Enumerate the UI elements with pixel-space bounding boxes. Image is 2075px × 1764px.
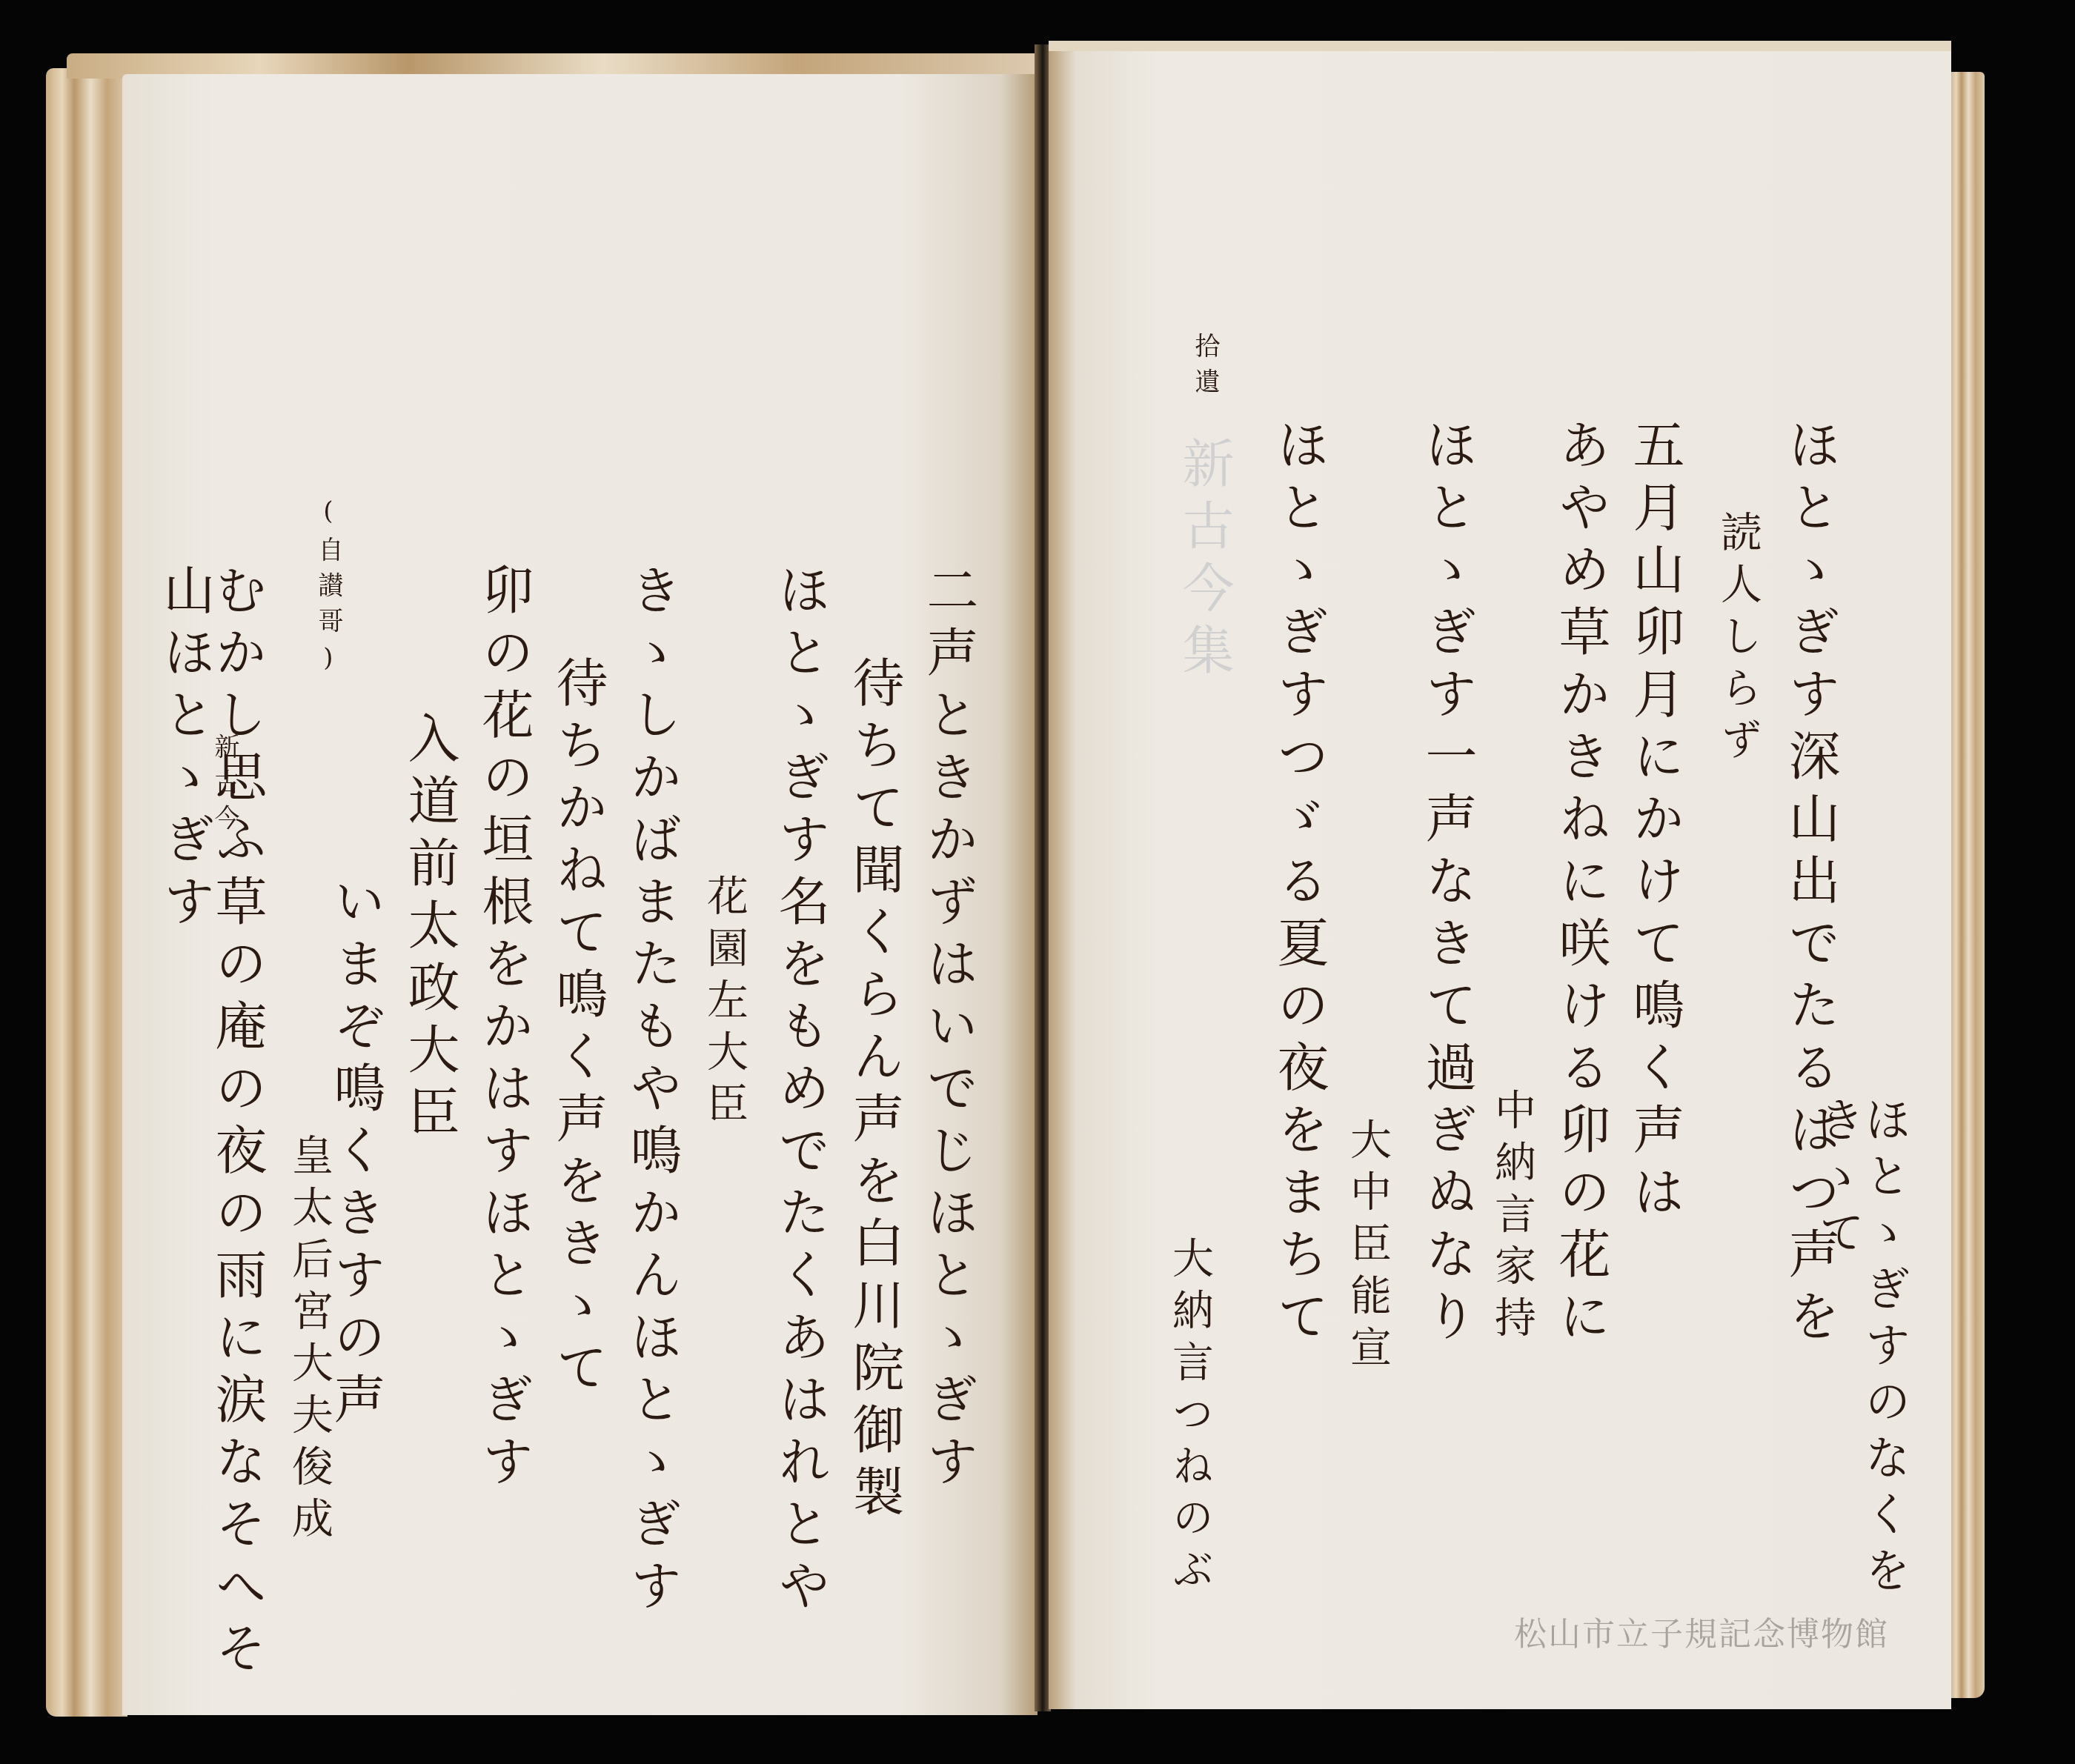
text-column: ほとゝぎす深山出でたるはつ声を xyxy=(1784,418,1836,1351)
right-page: 新古今集 ほとゝぎすのなくをきゝて ほとゝぎす深山出でたるはつ声を 読人しらず … xyxy=(1049,41,1951,1709)
text-column: 二声ときかずはいでじほとゝぎす xyxy=(923,563,975,1497)
annotation-shui: 拾遺 xyxy=(1192,333,1218,404)
author-column: 大納言つねのぶ xyxy=(1169,1237,1210,1600)
text-column: 卯の花の垣根をかはすほとゝぎす xyxy=(478,563,530,1497)
right-page-edges xyxy=(1949,72,1985,1698)
author-column: 花園左大臣 xyxy=(703,874,745,1134)
annotation-shinkokin: 新古今 xyxy=(212,733,237,840)
text-column: 待ちかねて鳴く声をきゝて xyxy=(552,656,604,1402)
museum-watermark: 松山市立子規記念博物館 xyxy=(1514,1608,1889,1655)
text-column: ほとゝぎす名をもめでたくあはれとや xyxy=(774,563,826,1621)
left-page-edges xyxy=(46,68,127,1717)
text-column: ほとゝぎす一声なきて過ぎぬなり xyxy=(1421,418,1473,1351)
text-column: ほとゝぎすつゞる夏の夜をまちて xyxy=(1273,418,1325,1351)
author-column: 読人しらず xyxy=(1717,510,1759,770)
text-column: 待ちて聞くらん声を白川院御製 xyxy=(849,656,900,1527)
left-page: 二声ときかずはいでじほとゝぎす 待ちて聞くらん声を白川院御製 ほとゝぎす名をもめ… xyxy=(122,74,1037,1715)
text-column: あやめ草かきねに咲ける卯の花に xyxy=(1555,418,1607,1351)
bleed-through-text: 新古今集 xyxy=(1178,436,1230,685)
text-column: きゝしかばまたもや鳴かんほとゝぎす xyxy=(626,563,678,1621)
author-column: 中納言家持 xyxy=(1491,1088,1533,1348)
text-column: 五月山卯月にかけて鳴く声は xyxy=(1629,418,1681,1227)
annotation-jisanka: (自讃哥) xyxy=(316,496,341,683)
author-column: 大中臣能宣 xyxy=(1347,1118,1388,1377)
text-column: いまぞ鳴くきすの声 xyxy=(330,874,382,1434)
author-column: 皇太后宮大夫俊成 xyxy=(288,1134,330,1548)
text-column: 入道前太政大臣 xyxy=(404,711,456,1147)
